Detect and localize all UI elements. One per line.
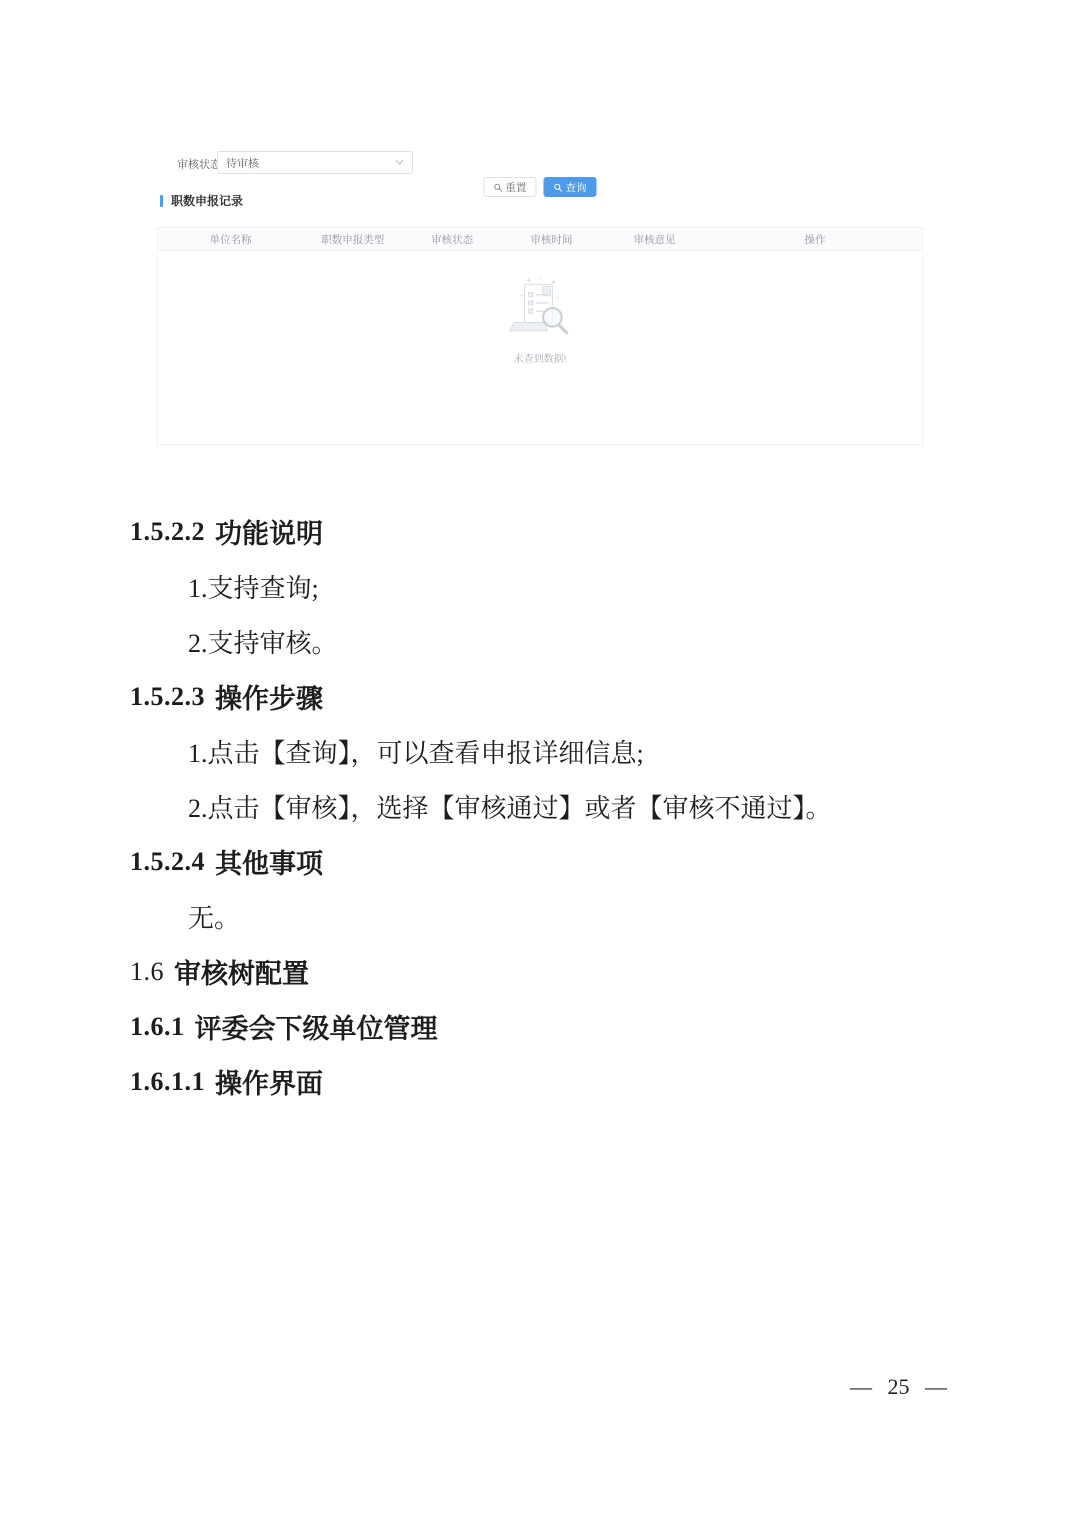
heading-1-6-1-1: 1.6.1.1 操作界面 [130, 1054, 952, 1109]
filter-label: 审核状态 [177, 156, 221, 172]
heading-1-6-1: 1.6.1 评委会下级单位管理 [130, 999, 952, 1054]
reset-icon [494, 183, 503, 192]
heading-1-5-2-4: 1.5.2.4 其他事项 [130, 834, 952, 889]
table-header-audit-status: 审核状态 [402, 232, 501, 247]
app-screenshot-panel: 审核状态 待审核 重置 查询 职数申报记录 单位 [155, 145, 925, 445]
table-header-audit-time: 审核时间 [502, 232, 601, 247]
empty-state-text: 未查到数据! [158, 350, 922, 365]
status-select[interactable]: 待审核 [217, 151, 413, 174]
records-table: 单位名称 职数申报类型 审核状态 审核时间 审核意见 操作 [157, 227, 923, 445]
heading-text: 其他事项 [215, 842, 323, 881]
heading-number: 1.6.1 [130, 1012, 185, 1042]
doc-paragraph: 1.支持查询; [130, 559, 952, 614]
filter-row: 审核状态 待审核 [155, 150, 925, 174]
table-header-actions: 操作 [708, 232, 922, 247]
document-body: 1.5.2.2 功能说明 1.支持查询; 2.支持审核。 1.5.2.3 操作步… [130, 504, 952, 1109]
heading-text: 操作界面 [215, 1062, 323, 1101]
empty-state: 未查到数据! [158, 273, 922, 365]
heading-1-5-2-3: 1.5.2.3 操作步骤 [130, 669, 952, 724]
doc-paragraph: 1.点击【查询】，可以查看申报详细信息; [130, 724, 952, 779]
table-header-audit-opinion: 审核意见 [601, 232, 708, 247]
heading-1-5-2-2: 1.5.2.2 功能说明 [130, 504, 952, 559]
section-title: 职数申报记录 [160, 192, 243, 209]
reset-button[interactable]: 重置 [484, 177, 537, 197]
reset-button-label: 重置 [506, 180, 527, 195]
heading-text: 审核树配置 [174, 952, 309, 991]
page-number: — 25 — [850, 1374, 947, 1400]
heading-text: 操作步骤 [215, 677, 323, 716]
heading-1-6: 1.6 审核树配置 [130, 944, 952, 999]
filter-buttons: 重置 查询 [484, 177, 597, 197]
doc-paragraph: 无。 [130, 889, 952, 944]
section-title-text: 职数申报记录 [171, 192, 243, 209]
chevron-down-icon [395, 158, 404, 167]
heading-number: 1.6 [130, 957, 164, 987]
heading-text: 评委会下级单位管理 [195, 1007, 438, 1046]
doc-paragraph: 2.点击【审核】，选择【审核通过】或者【审核不通过】。 [130, 779, 952, 834]
heading-text: 功能说明 [215, 512, 323, 551]
status-select-value: 待审核 [226, 155, 395, 171]
search-button-label: 查询 [566, 180, 587, 195]
table-header-unit-name: 单位名称 [158, 232, 303, 247]
heading-number: 1.5.2.3 [130, 682, 205, 712]
doc-paragraph: 2.支持审核。 [130, 614, 952, 669]
search-button[interactable]: 查询 [544, 177, 597, 197]
empty-illustration [507, 273, 573, 339]
heading-number: 1.6.1.1 [130, 1067, 205, 1097]
search-icon [554, 183, 563, 192]
section-accent-bar [160, 195, 163, 207]
table-header-row: 单位名称 职数申报类型 审核状态 审核时间 审核意见 操作 [158, 227, 922, 251]
heading-number: 1.5.2.4 [130, 847, 205, 877]
table-header-declare-type: 职数申报类型 [303, 232, 402, 247]
heading-number: 1.5.2.2 [130, 517, 205, 547]
